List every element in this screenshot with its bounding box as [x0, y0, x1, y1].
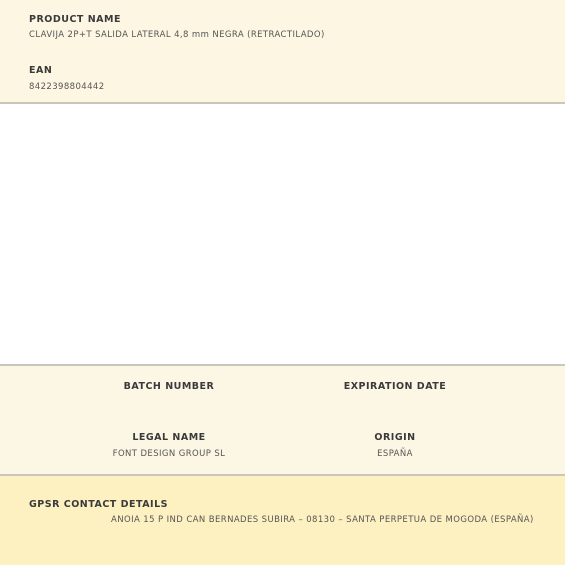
origin-value: ESPAÑA — [295, 449, 495, 459]
legal-name-label: LEGAL NAME — [69, 432, 269, 443]
ean-label: EAN — [29, 65, 52, 76]
product-details: BATCH NUMBER EXPIRATION DATE LEGAL NAME … — [0, 364, 565, 476]
origin-label: ORIGIN — [295, 432, 495, 443]
expiration-date-label: EXPIRATION DATE — [295, 381, 495, 392]
batch-number-label: BATCH NUMBER — [69, 381, 269, 392]
gpsr-contact: GPSR CONTACT DETAILS ANOIA 15 P IND CAN … — [0, 476, 565, 565]
gpsr-label: GPSR CONTACT DETAILS — [29, 499, 168, 510]
product-name-value: CLAVIJA 2P+T SALIDA LATERAL 4,8 mm NEGRA… — [29, 30, 325, 40]
legal-name-value: FONT DESIGN GROUP SL — [69, 449, 269, 459]
product-name-label: PRODUCT NAME — [29, 14, 121, 25]
gpsr-address: ANOIA 15 P IND CAN BERNADES SUBIRA – 081… — [111, 515, 534, 525]
image-area — [0, 104, 565, 364]
ean-value: 8422398804442 — [29, 82, 105, 92]
product-header: PRODUCT NAME CLAVIJA 2P+T SALIDA LATERAL… — [0, 0, 565, 104]
